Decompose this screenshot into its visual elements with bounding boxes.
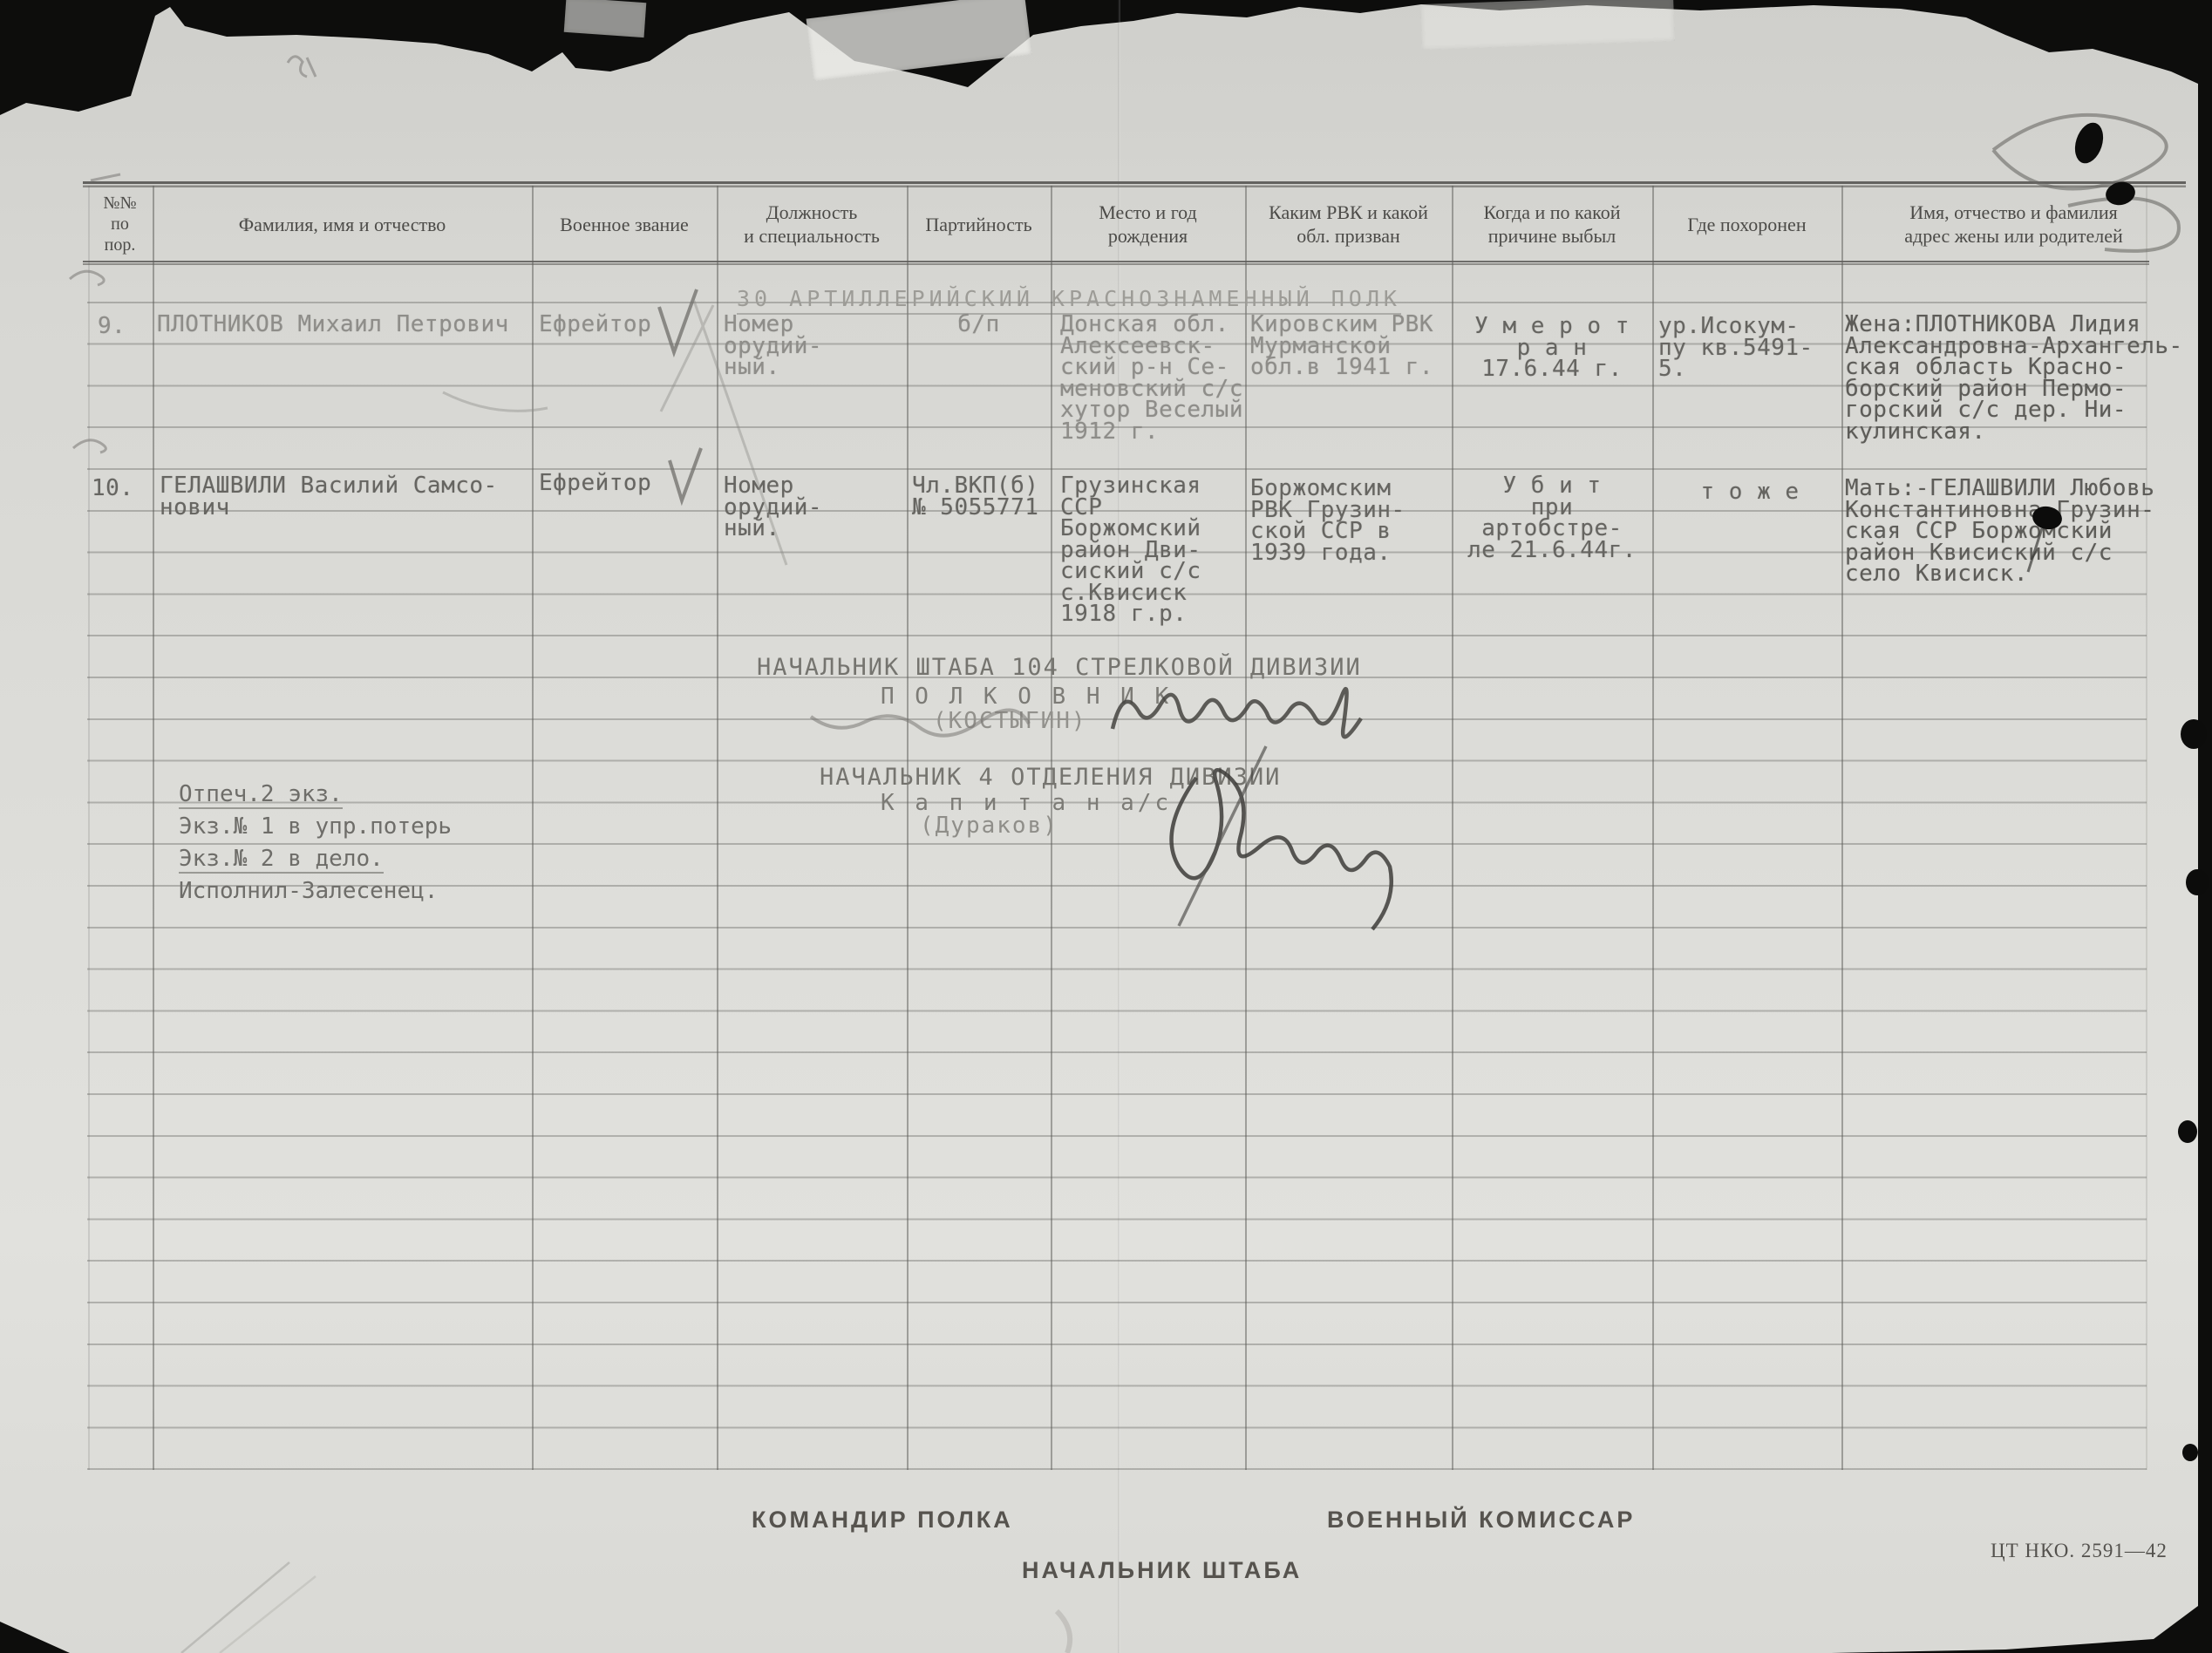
row-birthplace: Донская обл. Алексеевск- ский р-н Се- ме… bbox=[1060, 314, 1248, 442]
row-burial: т о ж е bbox=[1658, 481, 1841, 503]
note-line: Исполнил-Залесенец. bbox=[179, 878, 438, 904]
row-relatives: Мать:-ГЕЛАШВИЛИ Любовь Константиновна-Гр… bbox=[1845, 478, 2202, 585]
row-drafted-by: Кировским РВК Мурманской обл.в 1941 г. bbox=[1250, 314, 1451, 378]
row-rank: Ефрейтор bbox=[539, 473, 651, 494]
column-divider bbox=[532, 186, 534, 1470]
dept-head-title: НАЧАЛЬНИК 4 ОТДЕЛЕНИЯ ДИВИЗИИ bbox=[820, 764, 1281, 791]
column-divider bbox=[1841, 186, 1843, 1470]
row-party: Чл.ВКП(б) № 5055771 bbox=[912, 475, 1056, 518]
chief-of-staff-label: НАЧАЛЬНИК ШТАБА bbox=[1022, 1557, 1302, 1584]
column-divider bbox=[1652, 186, 1654, 1470]
table-top-border bbox=[83, 181, 2186, 187]
copies-notes: Отпеч.2 экз. Экз.№ 1 в упр.потерь Экз.№ … bbox=[179, 779, 452, 908]
col-header-burial: Где похоронен bbox=[1652, 187, 1841, 261]
column-divider bbox=[717, 186, 718, 1470]
chief-of-staff-rank: П О Л К О В Н И К bbox=[881, 684, 1172, 710]
col-header-number: №№ по пор. bbox=[87, 187, 153, 261]
column-divider bbox=[153, 186, 154, 1470]
note-line: Экз.№ 1 в упр.потерь bbox=[179, 813, 452, 840]
chief-of-staff-title: НАЧАЛЬНИК ШТАБА 104 СТРЕЛКОВОЙ ДИВИЗИИ bbox=[757, 654, 1362, 681]
column-divider bbox=[907, 186, 909, 1470]
row-birthplace: Грузинская ССР Боржомский район Дви- сис… bbox=[1060, 475, 1248, 625]
col-header-birthplace: Место и год рождения bbox=[1051, 187, 1245, 261]
col-header-drafted-by: Каким РВК и какой обл. призван bbox=[1245, 187, 1452, 261]
note-line: Отпеч.2 экз. bbox=[179, 781, 343, 809]
row-name: ПЛОТНИКОВ Михаил Петрович bbox=[157, 314, 530, 336]
row-burial: ур.Исокум- пу кв.5491- 5. bbox=[1658, 316, 1841, 380]
row-drafted-by: Боржомским РВК Грузин- ской ССР в 1939 г… bbox=[1250, 478, 1451, 563]
col-header-casualty: Когда и по какой причине выбыл bbox=[1452, 187, 1652, 261]
commander-label: КОМАНДИР ПОЛКА bbox=[752, 1507, 1013, 1534]
scanned-document: №№ по пор. Фамилия, имя и отчество Военн… bbox=[0, 0, 2212, 1653]
column-divider bbox=[1452, 186, 1453, 1470]
chief-of-staff-name: (КОСТЫГИН) bbox=[933, 708, 1087, 734]
row-number: 10. bbox=[92, 478, 133, 500]
row-duty: Номер орудий- ный. bbox=[724, 314, 902, 378]
row-casualty: У б и т при артобстре- ле 21.6.44г. bbox=[1454, 475, 1650, 561]
col-header-duty: Должность и специальность bbox=[717, 187, 907, 261]
col-header-party: Партийность bbox=[907, 187, 1051, 261]
col-header-relatives: Имя, отчество и фамилия адрес жены или р… bbox=[1841, 187, 2186, 261]
row-rank: Ефрейтор bbox=[539, 314, 651, 336]
note-line: Экз.№ 2 в дело. bbox=[179, 846, 384, 874]
form-code: ЦТ НКО. 2591—42 bbox=[1991, 1540, 2168, 1562]
row-number: 9. bbox=[98, 316, 126, 337]
column-divider bbox=[88, 186, 90, 1470]
tape-fragment bbox=[564, 0, 647, 37]
row-name: ГЕЛАШВИЛИ Василий Самсо- нович bbox=[160, 475, 533, 518]
dept-head-name: (Дураков) bbox=[920, 813, 1058, 839]
row-party: б/п bbox=[907, 314, 1051, 336]
row-relatives: Жена:ПЛОТНИКОВА Лидия Александровна-Арха… bbox=[1845, 314, 2202, 442]
row-casualty: У м е р о т р а н 17.6.44 г. bbox=[1454, 316, 1650, 380]
col-header-name: Фамилия, имя и отчество bbox=[153, 187, 532, 261]
row-duty: Номер орудий- ный. bbox=[724, 475, 902, 540]
commissar-label: ВОЕННЫЙ КОМИССАР bbox=[1327, 1507, 1635, 1534]
col-header-rank: Военное звание bbox=[532, 187, 717, 261]
